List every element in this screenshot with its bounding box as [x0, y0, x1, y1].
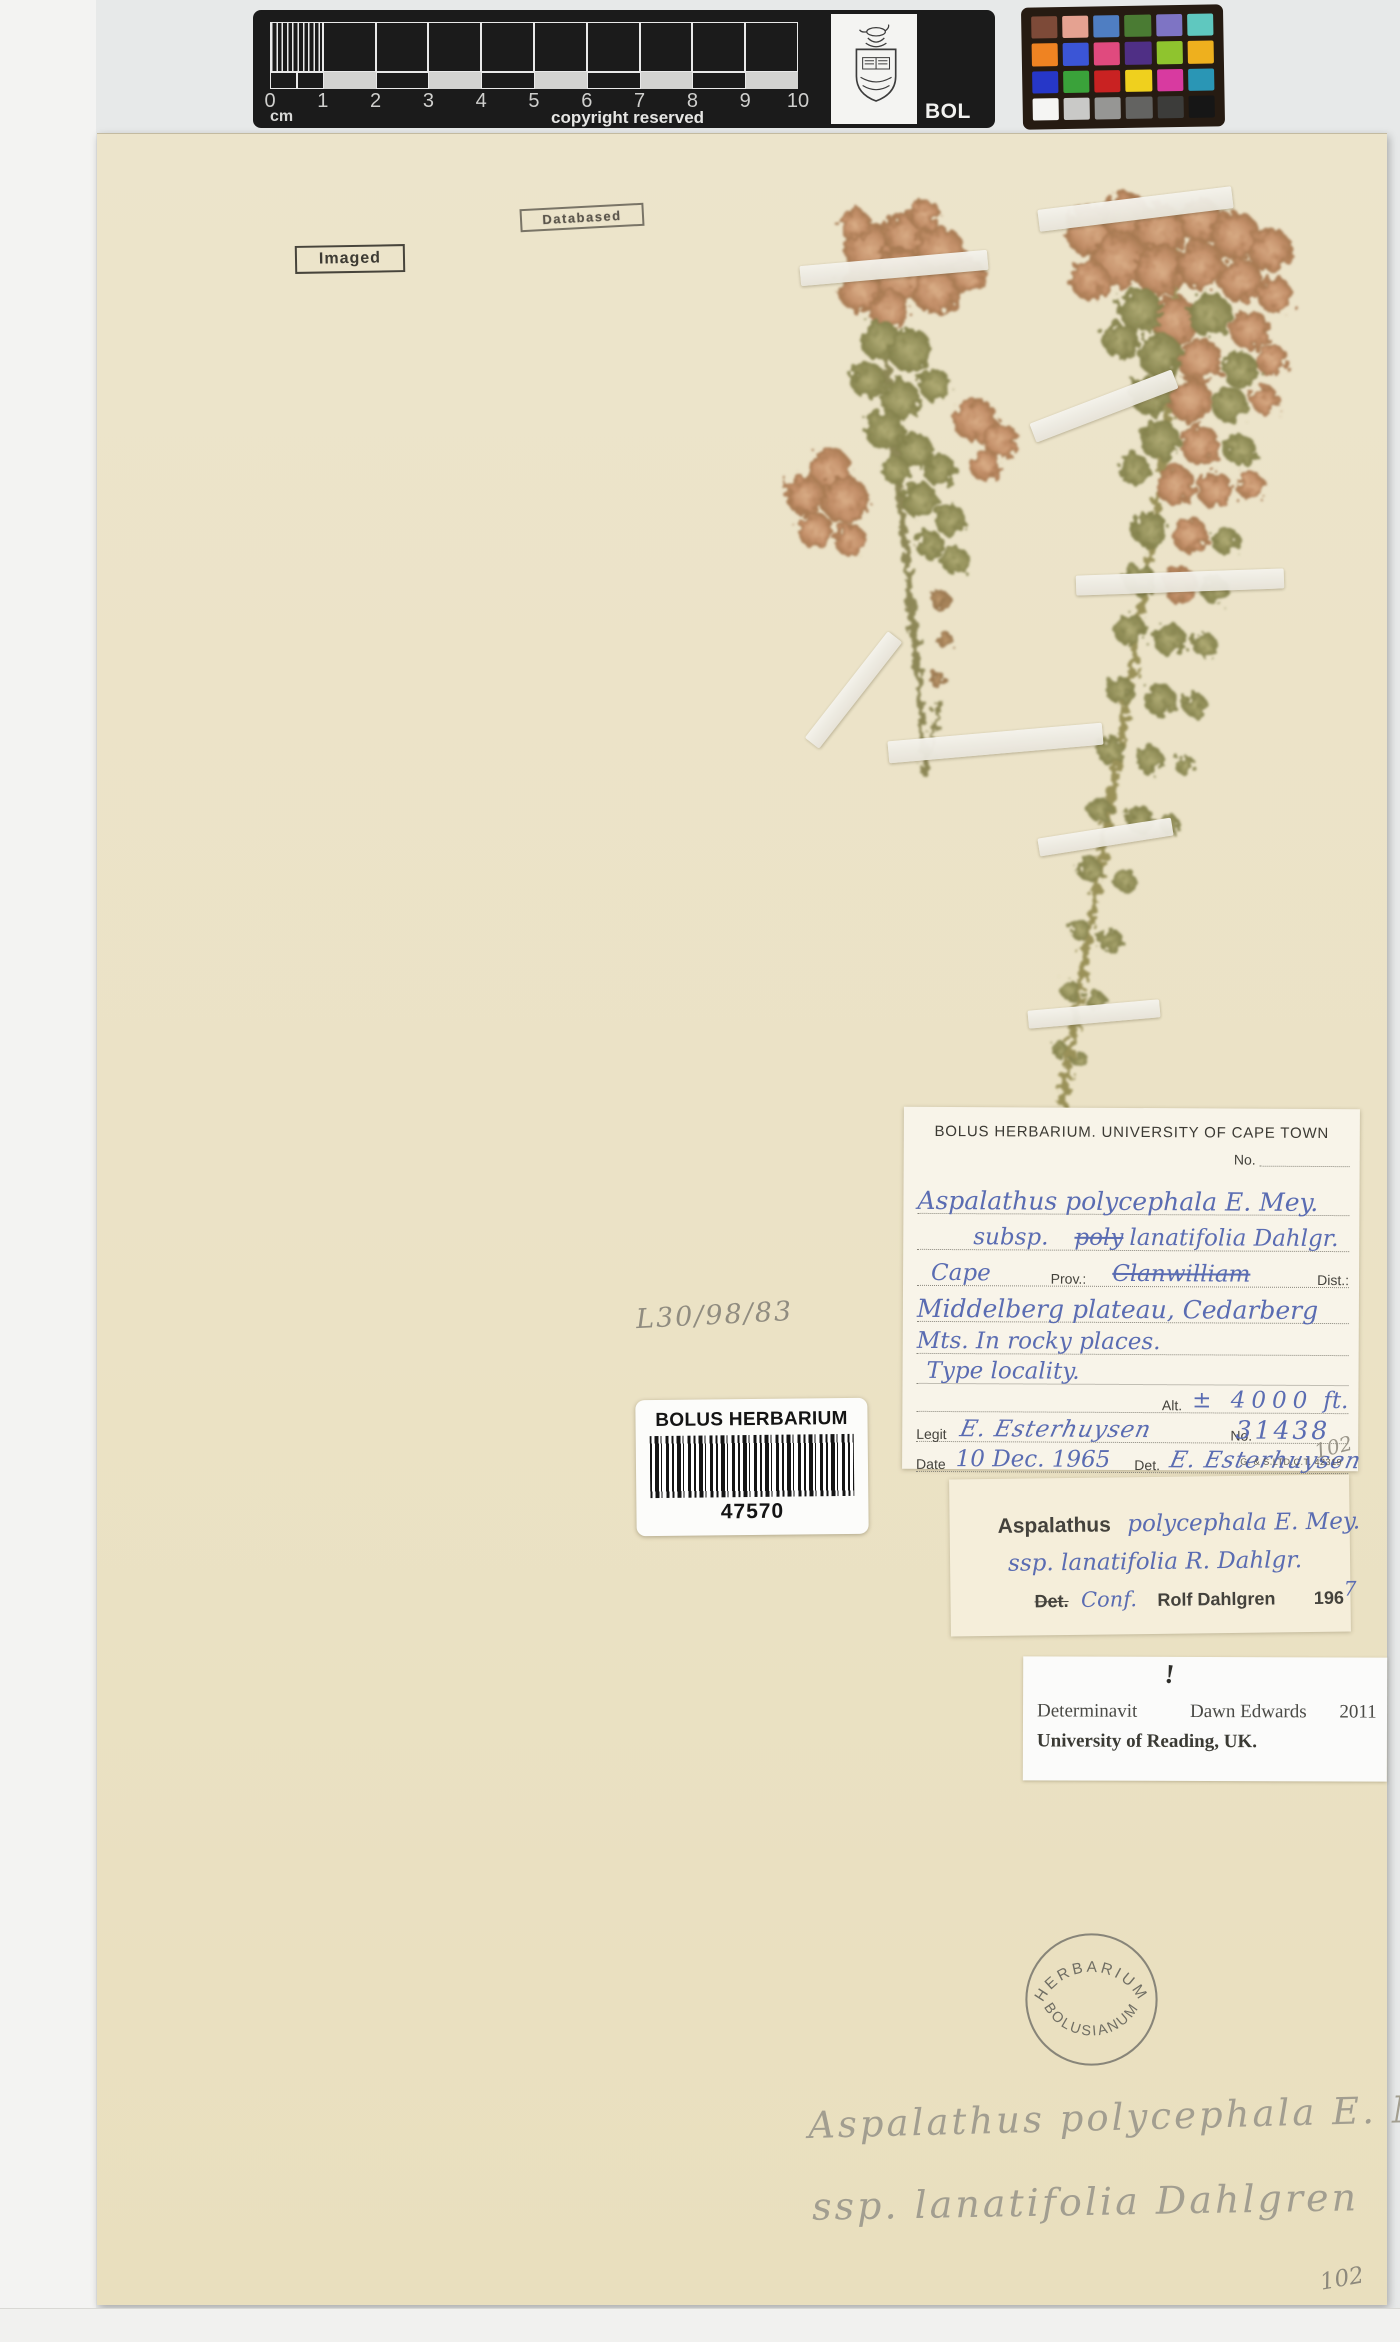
color-patch: [1063, 70, 1090, 93]
ruler-number: 5: [522, 90, 546, 113]
species-hand: polycephala E. Mey.: [1127, 1508, 1360, 1537]
locality-line2: Mts. In rocky places.: [917, 1330, 1161, 1354]
dist-label: Dist.:: [1317, 1273, 1349, 1287]
color-patch: [1125, 42, 1152, 65]
determinavit-label: ! Determinavit Dawn Edwards 2011 Univers…: [1023, 1656, 1387, 1781]
subsp-hand: ssp. lanatifolia R. Dahlgr.: [1008, 1547, 1302, 1577]
scanner-left-strip: [0, 0, 96, 2342]
province-value: Cape: [931, 1262, 991, 1285]
color-patch: [1126, 96, 1153, 119]
determination-year: 2011: [1339, 1701, 1376, 1722]
color-patch: [1095, 97, 1122, 120]
alt-unit: ft.: [1323, 1390, 1348, 1413]
barcode-number: 47570: [636, 1499, 868, 1525]
determination-label: Aspalathus polycephala E. Mey. ssp. lana…: [949, 1475, 1351, 1637]
main-collection-label: BOLUS HERBARIUM. UNIVERSITY OF CAPE TOWN…: [902, 1107, 1360, 1471]
barcode-label: BOLUS HERBARIUM 47570: [635, 1398, 868, 1536]
date-label: Date: [916, 1457, 946, 1471]
color-patch: [1062, 16, 1089, 39]
color-patch: [1156, 14, 1183, 37]
collector-handwriting: E. Esterhuysen: [958, 1418, 1154, 1442]
color-patch: [1187, 13, 1214, 36]
svg-text:HERBARIUM: HERBARIUM: [1032, 1959, 1152, 2005]
herbarium-round-stamp: HERBARIUM – BOLUSIANUM –: [1014, 1922, 1169, 2077]
copyright-label: copyright reserved: [551, 108, 704, 128]
ruler-number: 3: [416, 90, 440, 113]
det-label: Det.: [1134, 1458, 1160, 1472]
legit-label: Legit: [916, 1427, 946, 1441]
locality-line1: Middelberg plateau, Cedarberg: [917, 1296, 1318, 1323]
genus-printed: Aspalathus: [997, 1513, 1110, 1537]
no-label: No.: [1234, 1153, 1256, 1167]
subsp-prefix: subsp.: [973, 1226, 1048, 1249]
ruler-number: 2: [364, 90, 388, 113]
ruler-number: 1: [311, 90, 335, 113]
det-year-printed: 196: [1314, 1588, 1344, 1608]
locality-line3: Type locality.: [927, 1360, 1080, 1384]
ruler-unit-label: cm: [270, 108, 293, 126]
institution-code-label: BOL: [925, 100, 971, 124]
color-patch: [1031, 16, 1058, 39]
color-patch: [1125, 15, 1152, 38]
district-value: Clanwilliam: [1112, 1263, 1250, 1287]
alt-label: Alt.: [1162, 1398, 1182, 1412]
color-calibration-chart: [1021, 4, 1225, 130]
color-patch: [1188, 68, 1215, 91]
species-handwriting: Aspalathus polycephala E. Mey.: [917, 1188, 1318, 1215]
round-stamp-top-text: HERBARIUM: [1032, 1959, 1152, 2005]
det-printed: Det.: [1034, 1591, 1068, 1611]
color-patch: [1157, 96, 1184, 119]
uct-crest-icon: [843, 21, 905, 117]
color-patch: [1032, 71, 1059, 94]
color-patch: [1063, 43, 1090, 66]
main-label-header: BOLUS HERBARIUM. UNIVERSITY OF CAPE TOWN: [904, 1123, 1360, 1142]
barcode: [650, 1434, 855, 1498]
color-patch: [1187, 41, 1214, 64]
determinavit-word: Determinavit: [1037, 1700, 1137, 1721]
color-patch: [1032, 43, 1059, 66]
plant-specimen: [770, 180, 1330, 1130]
color-patch: [1126, 69, 1153, 92]
ruler-blocks: [270, 72, 798, 89]
color-patch: [1094, 70, 1121, 93]
color-patch: [1156, 41, 1183, 64]
ruler-number: 4: [469, 90, 493, 113]
ruler-number: 9: [733, 90, 757, 113]
determiner-name: Rolf Dahlgren: [1157, 1588, 1275, 1609]
exclamation-mark: !: [1163, 1658, 1176, 1690]
ruler-numbers: 0 1 2 3 4 5 6 7 8 9 10: [258, 90, 810, 113]
imaged-stamp: Imaged: [295, 244, 405, 274]
color-patch: [1094, 42, 1121, 65]
ruler-number: 10: [786, 90, 810, 113]
alt-value: ± 4000: [1192, 1389, 1313, 1413]
color-patch: [1157, 68, 1184, 91]
scanner-bottom-strip: [0, 2308, 1400, 2342]
scale-bar: 0 1 2 3 4 5 6 7 8 9 10 cm copyright rese…: [253, 10, 995, 128]
determiner-name: Dawn Edwards: [1190, 1701, 1307, 1722]
barcode-title: BOLUS HERBARIUM: [635, 1408, 867, 1432]
determiner-institution: University of Reading, UK.: [1037, 1730, 1257, 1753]
prov-label: Prov.:: [1051, 1272, 1087, 1286]
conf-hand: Conf.: [1081, 1587, 1137, 1612]
color-patch: [1064, 97, 1091, 120]
date-value: 10 Dec. 1965: [956, 1448, 1111, 1472]
det-year-hand: 7: [1344, 1576, 1357, 1600]
subsp-struck-word: poly: [1074, 1227, 1123, 1250]
uct-crest: [831, 14, 917, 124]
subsp-name: lanatifolia Dahlgr.: [1129, 1227, 1338, 1251]
color-patch: [1033, 98, 1060, 121]
color-patch: [1188, 95, 1215, 118]
color-patch: [1093, 15, 1120, 38]
ruler-ticks: [270, 22, 798, 72]
